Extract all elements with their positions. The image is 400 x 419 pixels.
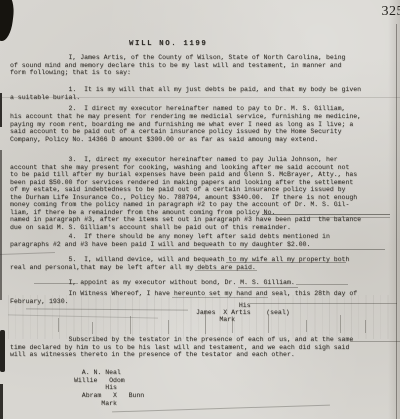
underline-hand-seal [172, 297, 268, 298]
paragraph-1: 1. It is my will that all my just debts … [10, 86, 361, 101]
underline-gilliam [238, 287, 298, 288]
binding-mark [0, 93, 2, 127]
scan-tick [306, 320, 307, 332]
scan-tick [58, 318, 59, 332]
page-number: 325 [382, 4, 400, 20]
scan-tick [365, 320, 366, 333]
underline-debts [195, 270, 257, 271]
page-edge-shading [388, 0, 400, 419]
paragraph-5: 5. I, willand device, will and bequeath … [10, 256, 349, 271]
paragraph-intro: I, James Artis, of the County of Wilson,… [10, 54, 345, 77]
scan-tick [92, 322, 93, 334]
scan-tick [232, 320, 233, 333]
signature-line-right [250, 303, 397, 304]
bottom-slant-line [112, 405, 330, 413]
underline-bequest [150, 249, 385, 250]
binding-ink-blob [0, 0, 16, 42]
scan-tick [268, 316, 269, 333]
blank-policy-line [262, 214, 390, 215]
pen-line [300, 217, 390, 218]
scan-tick [168, 320, 169, 334]
pen-line [0, 252, 55, 255]
binding-mark [0, 330, 5, 372]
binding-mark [0, 384, 3, 419]
scan-tick [340, 315, 341, 333]
scan-tick [205, 314, 206, 334]
document-title: WILL NO. 1199 [129, 41, 207, 49]
paragraph-4: 4. If there should be any money left aft… [10, 233, 330, 248]
witness-signatures: A. N. Neal Willie Odom His Abram X Bunn … [74, 369, 144, 408]
pen-line [34, 283, 78, 284]
page-edge-line [396, 24, 397, 419]
binding-mark [0, 150, 2, 300]
paragraph-2: 2. I direct my executor hereinafter name… [10, 105, 361, 144]
scanned-will-page: 325 WILL NO. 1199 I, James Artis, of the… [0, 0, 400, 419]
ruled-line [0, 97, 400, 98]
pen-line [296, 284, 348, 285]
pen-line [350, 341, 400, 342]
testator-signature: His James X Artis (seal) Mark [196, 303, 290, 323]
scan-tick [130, 316, 131, 334]
paragraph-3: 3. I, direct my executor hereinafter nam… [10, 156, 361, 231]
attestation-clause: Subscribed by the testator in the presen… [10, 336, 353, 359]
underline-wife [226, 262, 346, 263]
